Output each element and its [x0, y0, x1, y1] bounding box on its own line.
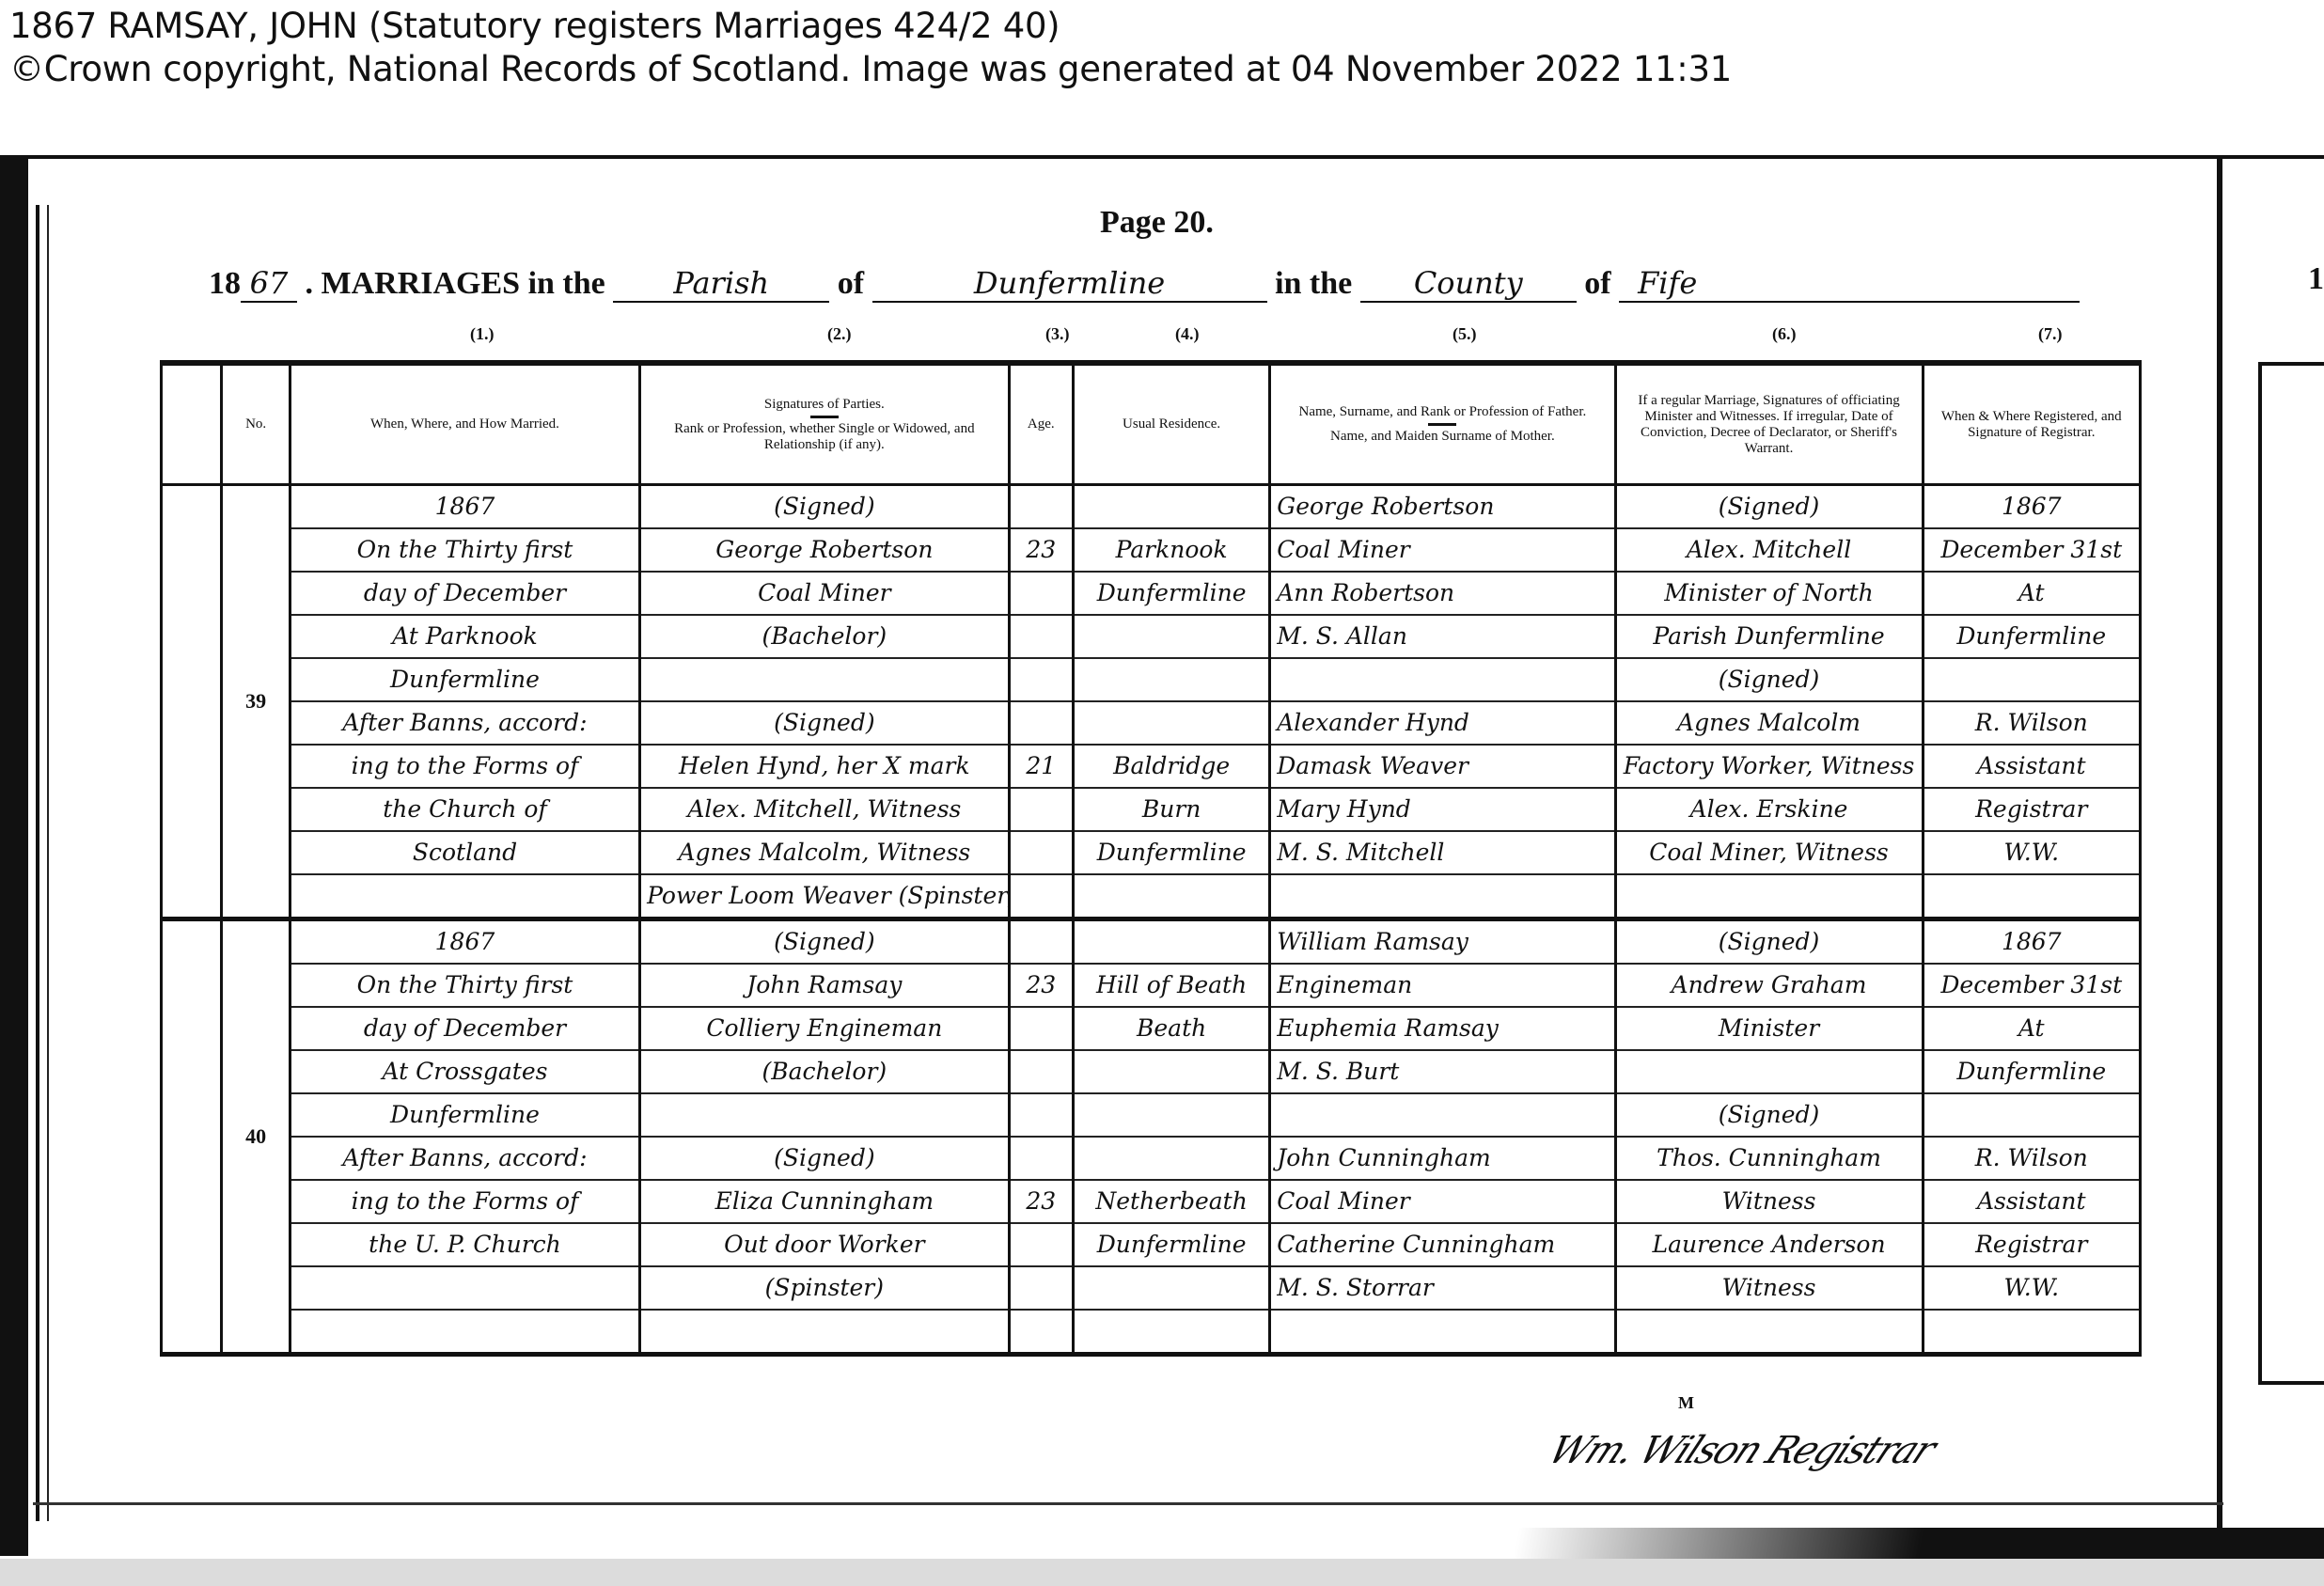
- column-header-age: Age.: [1009, 363, 1073, 485]
- handwritten-line: Coal Miner: [641, 573, 1007, 616]
- signatures-subtitle: Rank or Profession, whether Single or Wi…: [674, 421, 974, 452]
- handwritten-line: Ann Robertson: [1271, 573, 1613, 616]
- handwritten-line: [1011, 702, 1072, 746]
- handwritten-line: 23: [1011, 529, 1072, 573]
- marriage-register-table: No. When, Where, and How Married. Signat…: [160, 360, 2142, 1357]
- handwritten-line: [1075, 486, 1268, 529]
- age-cell: 2323: [1009, 919, 1073, 1355]
- handwritten-line: Dunfermline: [1924, 1051, 2139, 1094]
- handwritten-line: [1011, 1008, 1072, 1051]
- handwritten-line: Alex. Mitchell, Witness: [641, 789, 1007, 832]
- handwritten-line: [1011, 1267, 1072, 1311]
- district-type: Parish: [613, 265, 829, 303]
- column-header-minister-witnesses: If a regular Marriage, Signatures of off…: [1615, 363, 1923, 485]
- handwritten-line: [1617, 1311, 1922, 1352]
- facing-page-edge: [2217, 158, 2222, 1549]
- handwritten-line: (Bachelor): [641, 616, 1007, 659]
- handwritten-line: Laurence Anderson: [1617, 1224, 1922, 1267]
- handwritten-line: 21: [1011, 746, 1072, 789]
- handwritten-line: Witness: [1617, 1267, 1922, 1311]
- handwritten-line: [641, 1094, 1007, 1138]
- handwritten-line: (Signed): [641, 1138, 1007, 1181]
- handwritten-line: Thos. Cunningham: [1617, 1138, 1922, 1181]
- handwritten-line: (Signed): [641, 921, 1007, 965]
- handwritten-line: Factory Worker, Witness: [1617, 746, 1922, 789]
- handwritten-line: (Signed): [641, 486, 1007, 529]
- footer-mark: M: [1678, 1393, 1694, 1413]
- handwritten-line: the Church of: [291, 789, 638, 832]
- region-type: County: [1360, 265, 1577, 303]
- handwritten-line: Assistant: [1924, 746, 2139, 789]
- handwritten-line: After Banns, accord:: [291, 702, 638, 746]
- handwritten-line: [1011, 789, 1072, 832]
- column-number: (4.): [1175, 324, 1200, 344]
- handwritten-line: (Signed): [1617, 921, 1922, 965]
- mother-header: Name, and Maiden Surname of Mother.: [1330, 429, 1555, 444]
- handwritten-line: [1271, 1094, 1613, 1138]
- margin-cell: [162, 919, 222, 1355]
- viewer-footer-bar: [0, 1559, 2324, 1586]
- handwritten-line: ing to the Forms of: [291, 746, 638, 789]
- record-title: 1867 RAMSAY, JOHN (Statutory registers M…: [9, 6, 1060, 46]
- handwritten-line: [1075, 1094, 1268, 1138]
- handwritten-line: Agnes Malcolm: [1617, 702, 1922, 746]
- column-number: (2.): [827, 324, 852, 344]
- handwritten-line: Alexander Hynd: [1271, 702, 1613, 746]
- handwritten-line: [1075, 1311, 1268, 1352]
- heading-of-2: of: [1584, 266, 1610, 301]
- handwritten-line: [1075, 702, 1268, 746]
- column-header-parents: Name, Surname, and Rank or Profession of…: [1270, 363, 1615, 485]
- handwritten-line: Coal Miner, Witness: [1617, 832, 1922, 875]
- handwritten-line: [1075, 616, 1268, 659]
- handwritten-line: Baldridge: [1075, 746, 1268, 789]
- handwritten-line: Coal Miner: [1271, 529, 1613, 573]
- handwritten-line: William Ramsay: [1271, 921, 1613, 965]
- handwritten-line: M. S. Storrar: [1271, 1267, 1613, 1311]
- book-spine: [0, 155, 28, 1556]
- handwritten-line: [1075, 1051, 1268, 1094]
- heading-marriages: . MARRIAGES in the: [306, 266, 605, 301]
- handwritten-line: [1075, 1267, 1268, 1311]
- handwritten-line: [1011, 573, 1072, 616]
- handwritten-line: [1011, 832, 1072, 875]
- year-prefix: 18: [209, 266, 241, 301]
- entry-number: 40: [222, 919, 290, 1355]
- handwritten-line: [1011, 1051, 1072, 1094]
- column-number: (5.): [1452, 324, 1477, 344]
- handwritten-line: On the Thirty first: [291, 965, 638, 1008]
- handwritten-line: day of December: [291, 1008, 638, 1051]
- handwritten-line: [1011, 875, 1072, 917]
- handwritten-line: [1924, 659, 2139, 702]
- table-header-row: No. When, Where, and How Married. Signat…: [162, 363, 2141, 485]
- column-number: (6.): [1772, 324, 1797, 344]
- handwritten-line: Scotland: [291, 832, 638, 875]
- parties-cell: (Signed)John RamsayColliery Engineman(Ba…: [640, 919, 1009, 1355]
- handwritten-line: Alex. Erskine: [1617, 789, 1922, 832]
- column-number: (1.): [470, 324, 495, 344]
- handwritten-line: 1867: [1924, 486, 2139, 529]
- handwritten-line: Coal Miner: [1271, 1181, 1613, 1224]
- handwritten-line: George Robertson: [1271, 486, 1613, 529]
- table-row: 401867On the Thirty firstday of December…: [162, 919, 2141, 1355]
- handwritten-line: At Parknook: [291, 616, 638, 659]
- heading-in-the: in the: [1275, 266, 1352, 301]
- age-cell: 2321: [1009, 485, 1073, 919]
- handwritten-line: [1011, 921, 1072, 965]
- handwritten-line: W.W.: [1924, 832, 2139, 875]
- father-header: Name, Surname, and Rank or Profession of…: [1298, 404, 1586, 419]
- year-handwritten: 67: [241, 265, 297, 303]
- page-number: Page 20.: [1100, 205, 1214, 241]
- handwritten-line: (Bachelor): [641, 1051, 1007, 1094]
- handwritten-line: [1075, 659, 1268, 702]
- handwritten-line: 23: [1011, 1181, 1072, 1224]
- handwritten-line: ing to the Forms of: [291, 1181, 638, 1224]
- handwritten-line: Out door Worker: [641, 1224, 1007, 1267]
- handwritten-line: December 31st: [1924, 529, 2139, 573]
- registrar-signature: Wm. Wilson Registrar: [1541, 1429, 1941, 1472]
- copyright-notice: ©Crown copyright, National Records of Sc…: [9, 49, 1732, 89]
- registered-cell: 1867December 31stAtDunfermlineR. WilsonA…: [1923, 919, 2140, 1355]
- handwritten-line: 1867: [291, 486, 638, 529]
- handwritten-line: [1271, 1311, 1613, 1352]
- handwritten-line: Dunfermline: [1075, 1224, 1268, 1267]
- handwritten-line: 23: [1011, 965, 1072, 1008]
- handwritten-line: [1075, 1138, 1268, 1181]
- handwritten-line: Eliza Cunningham: [641, 1181, 1007, 1224]
- handwritten-line: John Cunningham: [1271, 1138, 1613, 1181]
- header-separator: [1428, 423, 1456, 426]
- handwritten-line: [1924, 1094, 2139, 1138]
- column-header-when-where-how: When, Where, and How Married.: [290, 363, 639, 485]
- handwritten-line: [1011, 1138, 1072, 1181]
- column-header-signatures: Signatures of Parties. Rank or Professio…: [640, 363, 1009, 485]
- handwritten-line: [1617, 875, 1922, 917]
- facing-page-fragment: 1: [2308, 261, 2324, 297]
- handwritten-line: Colliery Engineman: [641, 1008, 1007, 1051]
- handwritten-line: Euphemia Ramsay: [1271, 1008, 1613, 1051]
- handwritten-line: Damask Weaver: [1271, 746, 1613, 789]
- handwritten-line: [641, 659, 1007, 702]
- handwritten-line: Mary Hynd: [1271, 789, 1613, 832]
- handwritten-line: [1075, 875, 1268, 917]
- handwritten-line: Dunfermline: [1924, 616, 2139, 659]
- handwritten-line: (Signed): [1617, 486, 1922, 529]
- handwritten-line: [1924, 875, 2139, 917]
- minister-witnesses-cell: (Signed)Andrew GrahamMinister(Signed)Tho…: [1615, 919, 1923, 1355]
- handwritten-line: [1011, 486, 1072, 529]
- handwritten-line: [1075, 921, 1268, 965]
- margin-cell: [162, 485, 222, 919]
- handwritten-line: [1011, 616, 1072, 659]
- handwritten-line: (Signed): [1617, 659, 1922, 702]
- handwritten-line: Dunfermline: [1075, 832, 1268, 875]
- handwritten-line: day of December: [291, 573, 638, 616]
- parties-cell: (Signed)George RobertsonCoal Miner(Bache…: [640, 485, 1009, 919]
- table-row: 391867On the Thirty firstday of December…: [162, 485, 2141, 919]
- page-edge: [36, 205, 49, 1521]
- handwritten-line: [1271, 659, 1613, 702]
- handwritten-line: [1011, 1094, 1072, 1138]
- registered-cell: 1867December 31stAtDunfermlineR. WilsonA…: [1923, 485, 2140, 919]
- parents-cell: William RamsayEnginemanEuphemia RamsayM.…: [1270, 919, 1615, 1355]
- handwritten-line: [291, 1311, 638, 1352]
- district-name: Dunfermline: [872, 265, 1267, 303]
- register-heading: 1867 . MARRIAGES in the Parish of Dunfer…: [209, 265, 2080, 303]
- handwritten-line: Agnes Malcolm, Witness: [641, 832, 1007, 875]
- when-where-how-cell: 1867On the Thirty firstday of DecemberAt…: [290, 919, 639, 1355]
- margin-column-header: [162, 363, 222, 485]
- handwritten-line: [1271, 875, 1613, 917]
- handwritten-line: [1011, 1224, 1072, 1267]
- handwritten-line: [291, 875, 638, 917]
- handwritten-line: Beath: [1075, 1008, 1268, 1051]
- handwritten-line: At: [1924, 1008, 2139, 1051]
- handwritten-line: [641, 1311, 1007, 1352]
- handwritten-line: Registrar: [1924, 789, 2139, 832]
- handwritten-line: [1011, 659, 1072, 702]
- signatures-title: Signatures of Parties.: [764, 397, 885, 412]
- minister-witnesses-cell: (Signed)Alex. MitchellMinister of NorthP…: [1615, 485, 1923, 919]
- handwritten-line: Registrar: [1924, 1224, 2139, 1267]
- handwritten-line: [1617, 1051, 1922, 1094]
- handwritten-line: 1867: [291, 921, 638, 965]
- handwritten-line: Dunfermline: [1075, 573, 1268, 616]
- handwritten-line: Minister: [1617, 1008, 1922, 1051]
- handwritten-line: At Crossgates: [291, 1051, 638, 1094]
- handwritten-line: After Banns, accord:: [291, 1138, 638, 1181]
- handwritten-line: R. Wilson: [1924, 702, 2139, 746]
- residence-cell: Hill of BeathBeathNetherbeathDunfermline: [1073, 919, 1269, 1355]
- handwritten-line: Alex. Mitchell: [1617, 529, 1922, 573]
- entry-number: 39: [222, 485, 290, 919]
- handwritten-line: M. S. Allan: [1271, 616, 1613, 659]
- header-separator: [810, 416, 839, 418]
- handwritten-line: Minister of North: [1617, 573, 1922, 616]
- handwritten-line: (Signed): [1617, 1094, 1922, 1138]
- column-header-no: No.: [222, 363, 290, 485]
- residence-cell: ParknookDunfermlineBaldridgeBurnDunferml…: [1073, 485, 1269, 919]
- when-where-how-cell: 1867On the Thirty firstday of DecemberAt…: [290, 485, 639, 919]
- handwritten-line: John Ramsay: [641, 965, 1007, 1008]
- handwritten-line: (Spinster): [641, 1267, 1007, 1311]
- handwritten-line: Burn: [1075, 789, 1268, 832]
- heading-of: of: [838, 266, 864, 301]
- handwritten-line: Dunfermline: [291, 659, 638, 702]
- handwritten-line: Engineman: [1271, 965, 1613, 1008]
- handwritten-line: December 31st: [1924, 965, 2139, 1008]
- parents-cell: George RobertsonCoal MinerAnn RobertsonM…: [1270, 485, 1615, 919]
- handwritten-line: Andrew Graham: [1617, 965, 1922, 1008]
- handwritten-line: [291, 1267, 638, 1311]
- handwritten-line: Parknook: [1075, 529, 1268, 573]
- handwritten-line: M. S. Burt: [1271, 1051, 1613, 1094]
- handwritten-line: (Signed): [641, 702, 1007, 746]
- handwritten-line: 1867: [1924, 921, 2139, 965]
- handwritten-line: Parish Dunfermline: [1617, 616, 1922, 659]
- handwritten-line: the U. P. Church: [291, 1224, 638, 1267]
- column-header-residence: Usual Residence.: [1073, 363, 1269, 485]
- handwritten-line: On the Thirty first: [291, 529, 638, 573]
- handwritten-line: Netherbeath: [1075, 1181, 1268, 1224]
- handwritten-line: Power Loom Weaver (Spinster): [641, 875, 1007, 917]
- scan-shadow: [1316, 1528, 2324, 1559]
- handwritten-line: R. Wilson: [1924, 1138, 2139, 1181]
- handwritten-line: [1924, 1311, 2139, 1352]
- handwritten-line: Hill of Beath: [1075, 965, 1268, 1008]
- handwritten-line: [1011, 1311, 1072, 1352]
- column-header-registered: When & Where Registered, and Signature o…: [1923, 363, 2140, 485]
- handwritten-line: George Robertson: [641, 529, 1007, 573]
- handwritten-line: Helen Hynd, her X mark: [641, 746, 1007, 789]
- region-name: Fife: [1619, 265, 2080, 303]
- handwritten-line: Dunfermline: [291, 1094, 638, 1138]
- facing-page-table-edge: [2258, 362, 2324, 1385]
- handwritten-line: M. S. Mitchell: [1271, 832, 1613, 875]
- handwritten-line: Catherine Cunningham: [1271, 1224, 1613, 1267]
- handwritten-line: At: [1924, 573, 2139, 616]
- handwritten-line: Assistant: [1924, 1181, 2139, 1224]
- handwritten-line: Witness: [1617, 1181, 1922, 1224]
- page-bottom-rule: [33, 1502, 2223, 1505]
- column-number: (7.): [2038, 324, 2063, 344]
- column-number: (3.): [1045, 324, 1070, 344]
- handwritten-line: W.W.: [1924, 1267, 2139, 1311]
